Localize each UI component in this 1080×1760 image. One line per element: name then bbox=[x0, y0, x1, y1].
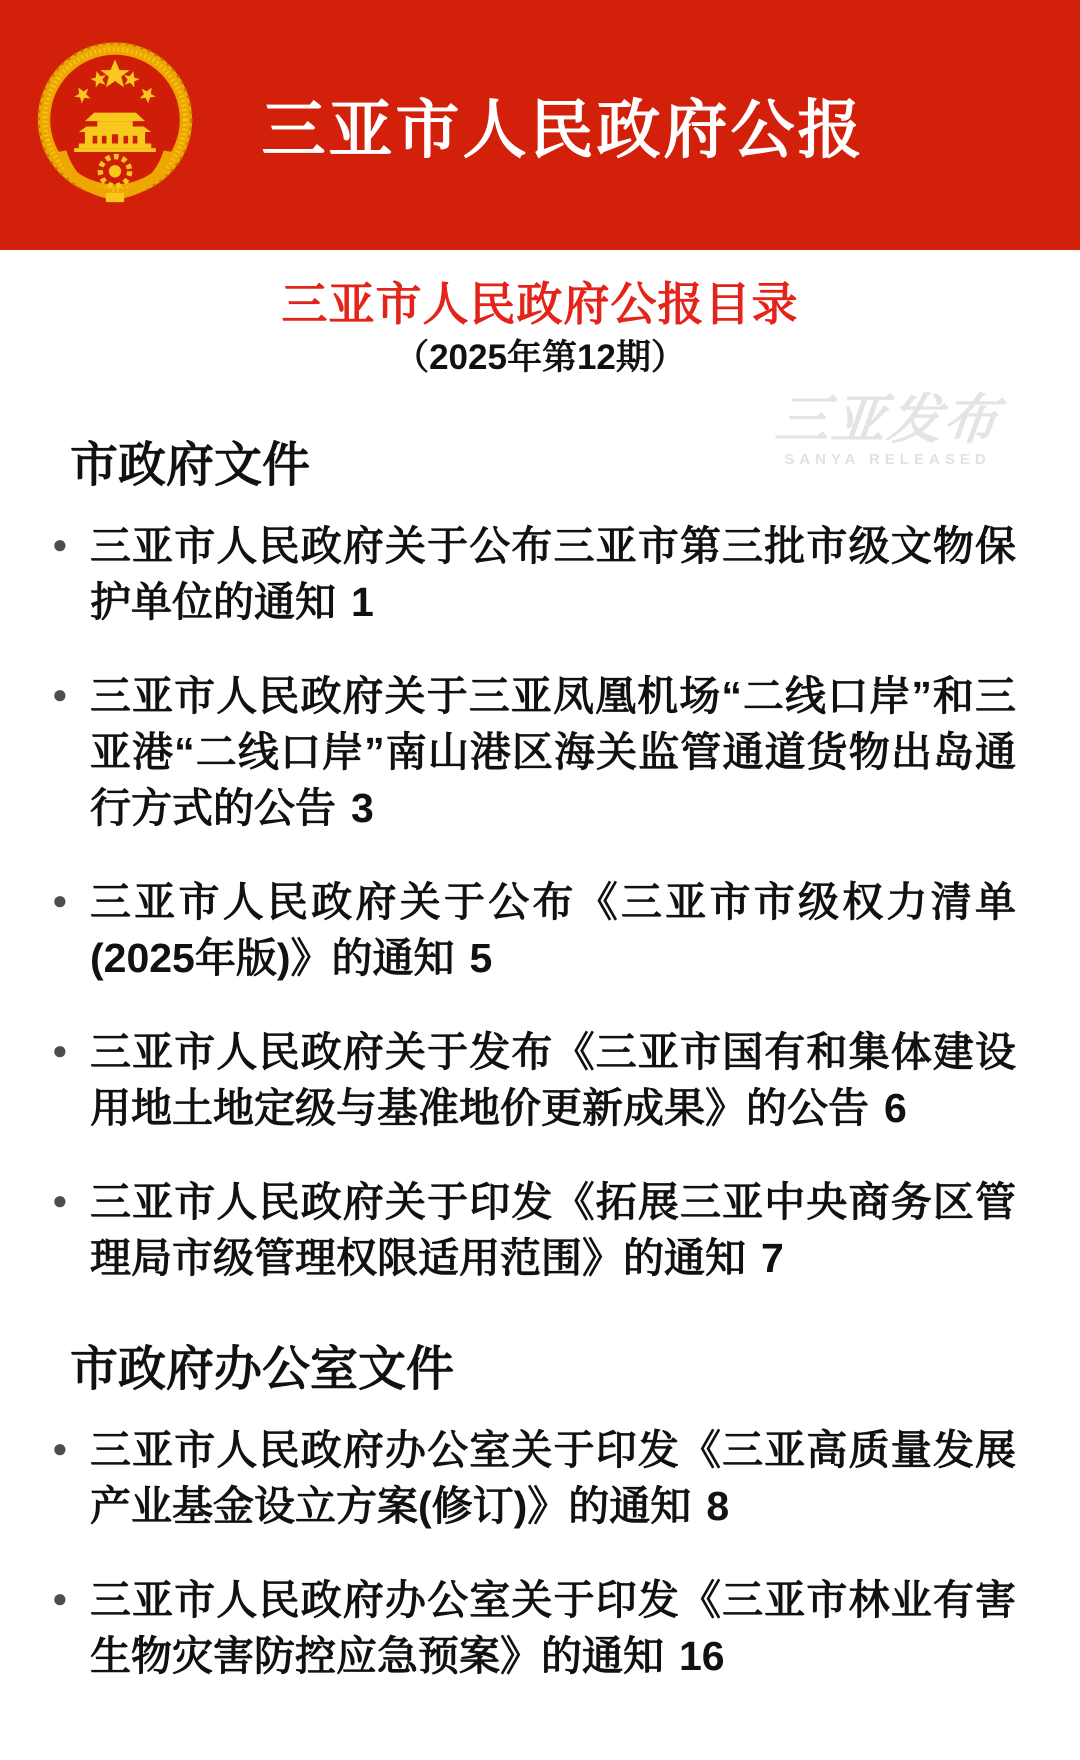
toc-item: ●三亚市人民政府关于印发《拓展三亚中央商务区管理局市级管理权限适用范围》的通知7 bbox=[52, 1174, 1016, 1286]
header-banner: 三亚市人民政府公报 bbox=[0, 0, 1080, 250]
toc-item-page: 6 bbox=[884, 1085, 907, 1131]
toc-section: 市政府办公室文件 ●三亚市人民政府办公室关于印发《三亚高质量发展产业基金设立方案… bbox=[52, 1344, 1016, 1684]
toc-item: ●三亚市人民政府关于发布《三亚市国有和集体建设用地土地定级与基准地价更新成果》的… bbox=[52, 1024, 1016, 1136]
bullet-icon: ● bbox=[52, 1420, 68, 1476]
toc-item: ●三亚市人民政府办公室关于印发《三亚市林业有害生物灾害防控应急预案》的通知16 bbox=[52, 1572, 1016, 1684]
toc-item: ●三亚市人民政府关于公布《三亚市市级权力清单(2025年版)》的通知5 bbox=[52, 874, 1016, 986]
bulletin-page: 三亚市人民政府公报 三亚市人民政府公报目录 （2025年第12期） 三亚发布 S… bbox=[0, 0, 1080, 1760]
toc-item-title: 三亚市人民政府关于印发《拓展三亚中央商务区管理局市级管理权限适用范围》的通知 bbox=[90, 1179, 1016, 1281]
toc-item: ●三亚市人民政府关于三亚凤凰机场“二线口岸”和三亚港“二线口岸”南山港区海关监管… bbox=[52, 668, 1016, 836]
section-items: ●三亚市人民政府办公室关于印发《三亚高质量发展产业基金设立方案(修订)》的通知8… bbox=[52, 1422, 1016, 1684]
bullet-icon: ● bbox=[52, 1022, 68, 1078]
toc-item-page: 1 bbox=[351, 579, 374, 625]
bullet-icon: ● bbox=[52, 666, 68, 722]
bullet-icon: ● bbox=[52, 1570, 68, 1626]
toc-section: 市政府文件 ●三亚市人民政府关于公布三亚市第三批市级文物保护单位的通知1 ●三亚… bbox=[52, 440, 1016, 1286]
toc-item-title: 三亚市人民政府关于公布三亚市第三批市级文物保护单位的通知 bbox=[90, 523, 1016, 625]
toc-item-title: 三亚市人民政府关于发布《三亚市国有和集体建设用地土地定级与基准地价更新成果》的公… bbox=[90, 1029, 1016, 1131]
bullet-icon: ● bbox=[52, 872, 68, 928]
toc-item: ●三亚市人民政府关于公布三亚市第三批市级文物保护单位的通知1 bbox=[52, 518, 1016, 630]
bullet-icon: ● bbox=[52, 516, 68, 572]
toc-item-title: 三亚市人民政府办公室关于印发《三亚高质量发展产业基金设立方案(修订)》的通知 bbox=[90, 1427, 1016, 1529]
bullet-icon: ● bbox=[52, 1172, 68, 1228]
china-national-emblem-icon bbox=[34, 27, 196, 223]
toc-issue: （2025年第12期） bbox=[0, 336, 1080, 380]
section-heading: 市政府文件 bbox=[70, 440, 1016, 492]
toc-item-page: 8 bbox=[706, 1483, 729, 1529]
bulletin-title: 三亚市人民政府公报 bbox=[196, 79, 1080, 171]
toc-item-page: 5 bbox=[470, 935, 493, 981]
toc-item-title: 三亚市人民政府办公室关于印发《三亚市林业有害生物灾害防控应急预案》的通知 bbox=[90, 1577, 1016, 1679]
section-items: ●三亚市人民政府关于公布三亚市第三批市级文物保护单位的通知1 ●三亚市人民政府关… bbox=[52, 518, 1016, 1286]
toc-title: 三亚市人民政府公报目录 bbox=[0, 278, 1080, 330]
toc-item-page: 16 bbox=[679, 1633, 725, 1679]
toc-item: ●三亚市人民政府办公室关于印发《三亚高质量发展产业基金设立方案(修订)》的通知8 bbox=[52, 1422, 1016, 1534]
toc-item-title: 三亚市人民政府关于公布《三亚市市级权力清单(2025年版)》的通知 bbox=[90, 879, 1016, 981]
toc-item-page: 3 bbox=[351, 785, 374, 831]
section-heading: 市政府办公室文件 bbox=[70, 1344, 1016, 1396]
toc-item-title: 三亚市人民政府关于三亚凤凰机场“二线口岸”和三亚港“二线口岸”南山港区海关监管通… bbox=[90, 673, 1016, 831]
toc-content: 市政府文件 ●三亚市人民政府关于公布三亚市第三批市级文物保护单位的通知1 ●三亚… bbox=[0, 440, 1080, 1684]
toc-item-page: 7 bbox=[761, 1235, 784, 1281]
